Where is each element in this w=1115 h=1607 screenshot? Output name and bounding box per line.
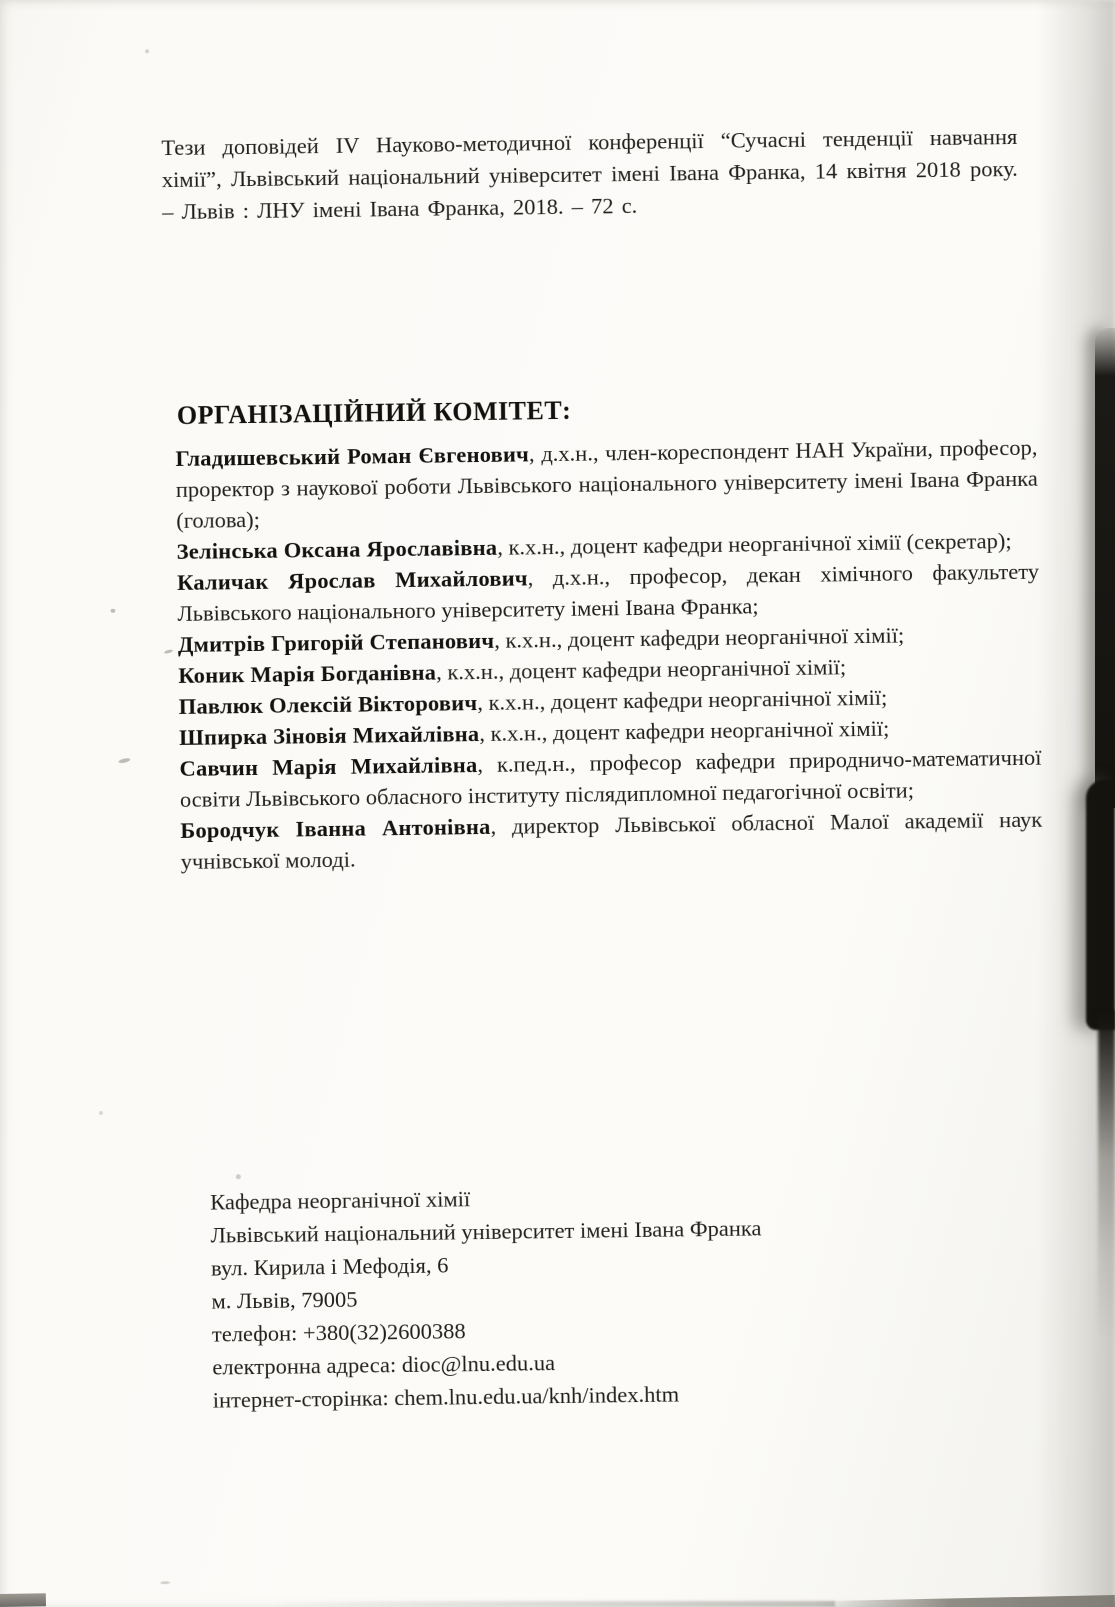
scan-bottom-left-edge xyxy=(0,1593,46,1607)
member-details: , к.х.н., доцент кафедри неорганічної хі… xyxy=(494,622,904,652)
committee-member: Савчин Марія Михайлівна, к.пед.н., профе… xyxy=(179,742,1042,815)
committee-list: Гладишевський Роман Євгенович, д.х.н., ч… xyxy=(175,432,1043,877)
committee-member: Гладишевський Роман Євгенович, д.х.н., ч… xyxy=(175,432,1038,536)
member-details: , к.х.н., доцент кафедри неорганічної хі… xyxy=(436,654,846,684)
member-details: , к.х.н., доцент кафедри неорганічної хі… xyxy=(497,528,1012,560)
scan-speck xyxy=(118,757,131,764)
member-name: Павлюк Олексій Вікторович xyxy=(179,690,478,719)
committee-member: Бородчук Іванна Антонівна, директор Льві… xyxy=(180,804,1043,877)
scan-speck xyxy=(160,1581,170,1584)
member-name: Каличак Ярослав Михайлович xyxy=(177,565,528,595)
member-name: Шпирка Зіновія Михайлівна xyxy=(179,721,480,750)
scan-speck xyxy=(99,1111,103,1115)
scan-speck xyxy=(236,1174,241,1179)
scanned-page: Тези доповідей IV Науково-методичної кон… xyxy=(0,0,1115,1607)
member-name: Гладишевський Роман Євгенович xyxy=(175,441,529,471)
member-details: , к.х.н., доцент кафедри неорганічної хі… xyxy=(479,716,889,746)
member-details: , к.х.н., доцент кафедри неорганічної хі… xyxy=(477,685,887,715)
committee-heading: ОРГАНІЗАЦІЙНИЙ КОМІТЕТ: xyxy=(177,396,572,431)
bibliographic-citation: Тези доповідей IV Науково-методичної кон… xyxy=(161,121,1018,228)
member-name: Дмитрів Григорій Степанович xyxy=(178,628,495,657)
scan-speck xyxy=(110,609,115,613)
member-name: Савчин Марія Михайлівна xyxy=(179,752,477,781)
member-name: Бородчук Іванна Антонівна xyxy=(180,814,491,843)
member-name: Коник Марія Богданівна xyxy=(178,660,436,688)
scan-edge-dark-bulge xyxy=(1086,780,1115,1030)
page-content: Тези доповідей IV Науково-методичної кон… xyxy=(0,0,1115,1607)
contact-block: Кафедра неорганічної хімії Львівський на… xyxy=(210,1176,973,1417)
committee-member: Каличак Ярослав Михайлович, д.х.н., проф… xyxy=(177,556,1040,629)
member-name: Зелінська Оксана Ярославівна xyxy=(177,535,498,564)
scan-speck xyxy=(164,649,173,654)
scan-bottom-mid-edge xyxy=(275,1601,835,1607)
scan-speck xyxy=(145,49,149,53)
scan-edge-fade xyxy=(1098,1010,1115,1340)
scan-edge-dark-strip xyxy=(1095,328,1115,808)
